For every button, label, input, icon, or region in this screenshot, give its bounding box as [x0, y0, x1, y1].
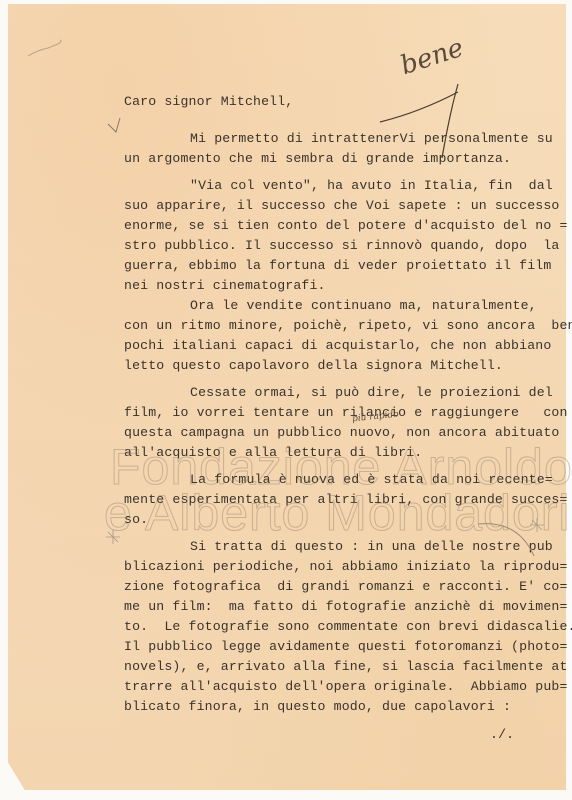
letter-line: pochi italiani capaci di acquistarlo, ch… — [124, 338, 551, 354]
letter-line: un argomento che mi sembra di grande imp… — [124, 151, 511, 167]
letter-line: con un ritmo minore, poichè, ripeto, vi … — [124, 318, 572, 334]
letter-line: suo apparire, il successo che Voi sapete… — [124, 198, 559, 214]
letter-line: nei nostri cinematografi. — [124, 278, 326, 294]
letter-line: stro pubblico. Il successo si rinnovò qu… — [124, 238, 559, 254]
check-mark-left — [108, 118, 122, 134]
letter-line: letto questo capolavoro della signora Mi… — [124, 358, 503, 374]
letter-line: zione fotografica di grandi romanzi e ra… — [124, 579, 568, 595]
letter-line: enorme, se si tien conto del potere d'ac… — [124, 218, 568, 234]
letter-line: me un film: ma fatto di fotografie anzic… — [124, 599, 568, 615]
letter-line: trarre all'acquisto dell'opera originale… — [124, 679, 568, 695]
pencil-scribble-top-left — [28, 38, 68, 58]
asterisk-mark-right — [530, 518, 544, 532]
letter-line: blicato finora, in questo modo, due capo… — [124, 699, 511, 715]
letter-line: Ora le vendite continuano ma, naturalmen… — [190, 298, 537, 314]
pencil-arc-right — [478, 520, 538, 560]
letter-line: blicazioni periodiche, noi abbiamo inizi… — [124, 559, 568, 575]
letter-line: novels), e, arrivato alla fine, si lasci… — [124, 659, 568, 675]
letter-line: guerra, ebbimo la fortuna di veder proie… — [124, 258, 551, 274]
letter-line: film, io vorrei tentare un rilancio e ra… — [124, 405, 568, 421]
asterisk-mark-left — [106, 530, 120, 544]
letter-line: Il pubblico legge avidamente questi foto… — [124, 639, 568, 655]
continuation-mark: ./. — [490, 727, 514, 743]
salutation: Caro signor Mitchell, — [124, 94, 293, 110]
letter-line: "Via col vento", ha avuto in Italia, fin… — [190, 178, 553, 194]
letter-line: Cessate ormai, si può dire, le proiezion… — [190, 385, 553, 401]
letter-line: to. Le fotografie sono commentate con br… — [124, 619, 572, 635]
pen-stroke-bene — [380, 72, 460, 162]
letter-line: Mi permetto di intrattenerVi personalmen… — [190, 131, 553, 147]
